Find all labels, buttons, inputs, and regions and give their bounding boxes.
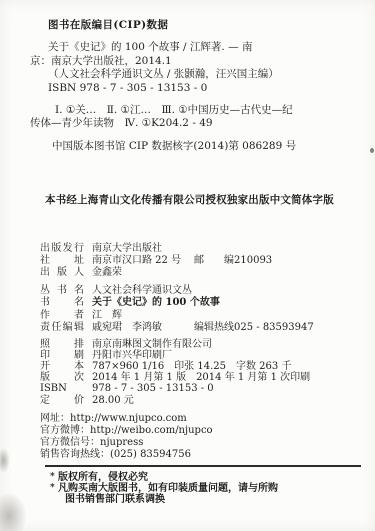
asterisk-mark: * bbox=[50, 472, 55, 483]
colophon-row: 社址南京市汉口路 22 号 邮编 210093 bbox=[30, 255, 361, 267]
sales-hotline-line: 销售咨询热线：(025) 83594756 bbox=[40, 449, 361, 461]
colophon-value: 戚宛珺 李鸿敏 bbox=[92, 322, 162, 333]
page-content: 图书在版编目(CIP)数据 关于《史记》的 100 个故事 / 江辉著. — 南… bbox=[0, 0, 375, 531]
colophon-row: 书名关于《史记》的 100 个故事 bbox=[30, 297, 361, 309]
colophon-label: 印刷 bbox=[40, 350, 84, 361]
book-title-value: 关于《史记》的 100 个故事 bbox=[92, 297, 220, 308]
hotline-value: 025 - 83593947 bbox=[234, 322, 314, 334]
cip-isbn-line: ISBN 978 - 7 - 305 - 13153 - 0 bbox=[30, 82, 361, 95]
cip-bibliography: 关于《史记》的 100 个故事 / 江辉著. — 南 京：南京大学出版社，201… bbox=[30, 41, 361, 95]
colophon-label: 书名 bbox=[40, 297, 84, 309]
cip-record-line: 中国版本图书馆 CIP 数据核字(2014)第 086289 号 bbox=[30, 140, 361, 153]
colophon-label: 开本 bbox=[40, 361, 84, 372]
colophon-row: 出版发行南京大学出版社 bbox=[30, 243, 361, 255]
hotline-label: 编辑热线 bbox=[194, 322, 234, 334]
asterisk-mark: * bbox=[50, 483, 55, 494]
contact-section: 网址：http://www.njupco.com 官方微博：http://wei… bbox=[40, 413, 361, 461]
isbn-value: 978 - 7 - 305 - 13153 - 0 bbox=[92, 383, 214, 394]
cip-biblio-line: 京：南京大学出版社，2014.1 bbox=[30, 55, 361, 68]
colophon-label: 出版发行 bbox=[40, 243, 84, 255]
colophon-label: 丛书名 bbox=[40, 285, 84, 297]
note-text: 凡购买南大版图书，如有印装质量问题，请与所购 bbox=[58, 483, 278, 494]
colophon-value: 2014 年 1 月第 1 版 2014 年 1 月第 1 次印刷 bbox=[92, 372, 310, 383]
colophon-label: 社址 bbox=[40, 255, 84, 267]
weibo-line: 官方微博：http://weibo.com/njupco bbox=[40, 425, 361, 437]
colophon-value: 787×960 1/16 印张 14.25 字数 263 千 bbox=[92, 361, 291, 372]
postcode-label: 邮编 bbox=[194, 255, 234, 267]
cip-class-line: Ⅰ. ①关… Ⅱ. ①江… Ⅲ. ①中国历史—古代史—纪 bbox=[30, 104, 361, 117]
cip-class-line: 传体—青少年读物 Ⅳ. ①K204.2 - 49 bbox=[30, 117, 361, 130]
colophon-group-printing: 照排南京南琳图文制作有限公司 印刷丹阳市兴华印刷厂 开本787×960 1/16… bbox=[30, 339, 361, 406]
colophon-value: 江 辉 bbox=[92, 310, 122, 321]
colophon-label: 责任编辑 bbox=[40, 322, 84, 334]
colophon-row: 出版人金鑫荣 bbox=[30, 267, 361, 279]
isbn-label: ISBN bbox=[40, 383, 84, 394]
cip-biblio-line: （人文社会科学通识文丛 / 张颢瀚，汪兴国主编） bbox=[30, 68, 361, 81]
copyright-page: 图书在版编目(CIP)数据 关于《史记》的 100 个故事 / 江辉著. — 南… bbox=[0, 0, 375, 531]
price-value: 28.00 元 bbox=[92, 395, 134, 406]
colophon-row: 定价28.00 元 bbox=[30, 395, 361, 406]
scan-artifact bbox=[370, 148, 374, 153]
exchange-note-line-2: 图书销售部门联系调换 bbox=[50, 495, 361, 506]
colophon-label: 出版人 bbox=[40, 267, 84, 279]
colophon-value: 南京大学出版社 bbox=[92, 243, 162, 254]
note-text: 版权所有，侵权必究 bbox=[58, 472, 148, 483]
colophon-value: 南京南琳图文制作有限公司 bbox=[92, 339, 212, 350]
colophon-label: 照排 bbox=[40, 339, 84, 350]
colophon-row: 照排南京南琳图文制作有限公司 bbox=[30, 339, 361, 350]
colophon-row: 责任编辑戚宛珺 李鸿敏 编辑热线 025 - 83593947 bbox=[30, 322, 361, 334]
colophon-row: 作者江 辉 bbox=[30, 310, 361, 322]
cip-biblio-line: 关于《史记》的 100 个故事 / 江辉著. — 南 bbox=[30, 41, 361, 54]
footnotes-section: *版权所有，侵权必究 *凡购买南大版图书，如有印装质量问题，请与所购 图书销售部… bbox=[50, 473, 361, 506]
colophon-row: ISBN978 - 7 - 305 - 13153 - 0 bbox=[30, 383, 361, 394]
colophon-value: 南京市汉口路 22 号 bbox=[92, 255, 181, 266]
colophon-value: 金鑫荣 bbox=[92, 267, 122, 278]
colophon-group-publisher: 出版发行南京大学出版社 社址南京市汉口路 22 号 邮编 210093 出版人金… bbox=[30, 243, 361, 280]
colophon-section: 出版发行南京大学出版社 社址南京市汉口路 22 号 邮编 210093 出版人金… bbox=[30, 243, 361, 406]
colophon-row: 版次2014 年 1 月第 1 版 2014 年 1 月第 1 次印刷 bbox=[30, 372, 361, 383]
cip-classification: Ⅰ. ①关… Ⅱ. ①江… Ⅲ. ①中国历史—古代史—纪 传体—青少年读物 Ⅳ.… bbox=[30, 104, 361, 131]
authorization-note: 本书经上海青山文化传播有限公司授权独家出版中文简体字版 bbox=[45, 194, 361, 207]
colophon-group-book: 丛书名人文社会科学通识文丛 书名关于《史记》的 100 个故事 作者江 辉 责任… bbox=[30, 285, 361, 335]
divider-rule bbox=[45, 465, 361, 467]
website-line: 网址：http://www.njupco.com bbox=[40, 413, 361, 425]
colophon-value: 丹阳市兴华印刷厂 bbox=[92, 350, 172, 361]
colophon-row: 丛书名人文社会科学通识文丛 bbox=[30, 285, 361, 297]
postcode-value: 210093 bbox=[234, 255, 272, 267]
colophon-row: 开本787×960 1/16 印张 14.25 字数 263 千 bbox=[30, 361, 361, 372]
colophon-label: 版次 bbox=[40, 372, 84, 383]
price-label: 定价 bbox=[40, 395, 84, 406]
note-text: 图书销售部门联系调换 bbox=[65, 494, 165, 505]
colophon-label: 作者 bbox=[40, 310, 84, 322]
cip-heading: 图书在版编目(CIP)数据 bbox=[48, 19, 361, 32]
colophon-value: 人文社会科学通识文丛 bbox=[92, 285, 192, 296]
colophon-row: 印刷丹阳市兴华印刷厂 bbox=[30, 350, 361, 361]
wechat-line: 官方微信号：njupress bbox=[40, 437, 361, 449]
